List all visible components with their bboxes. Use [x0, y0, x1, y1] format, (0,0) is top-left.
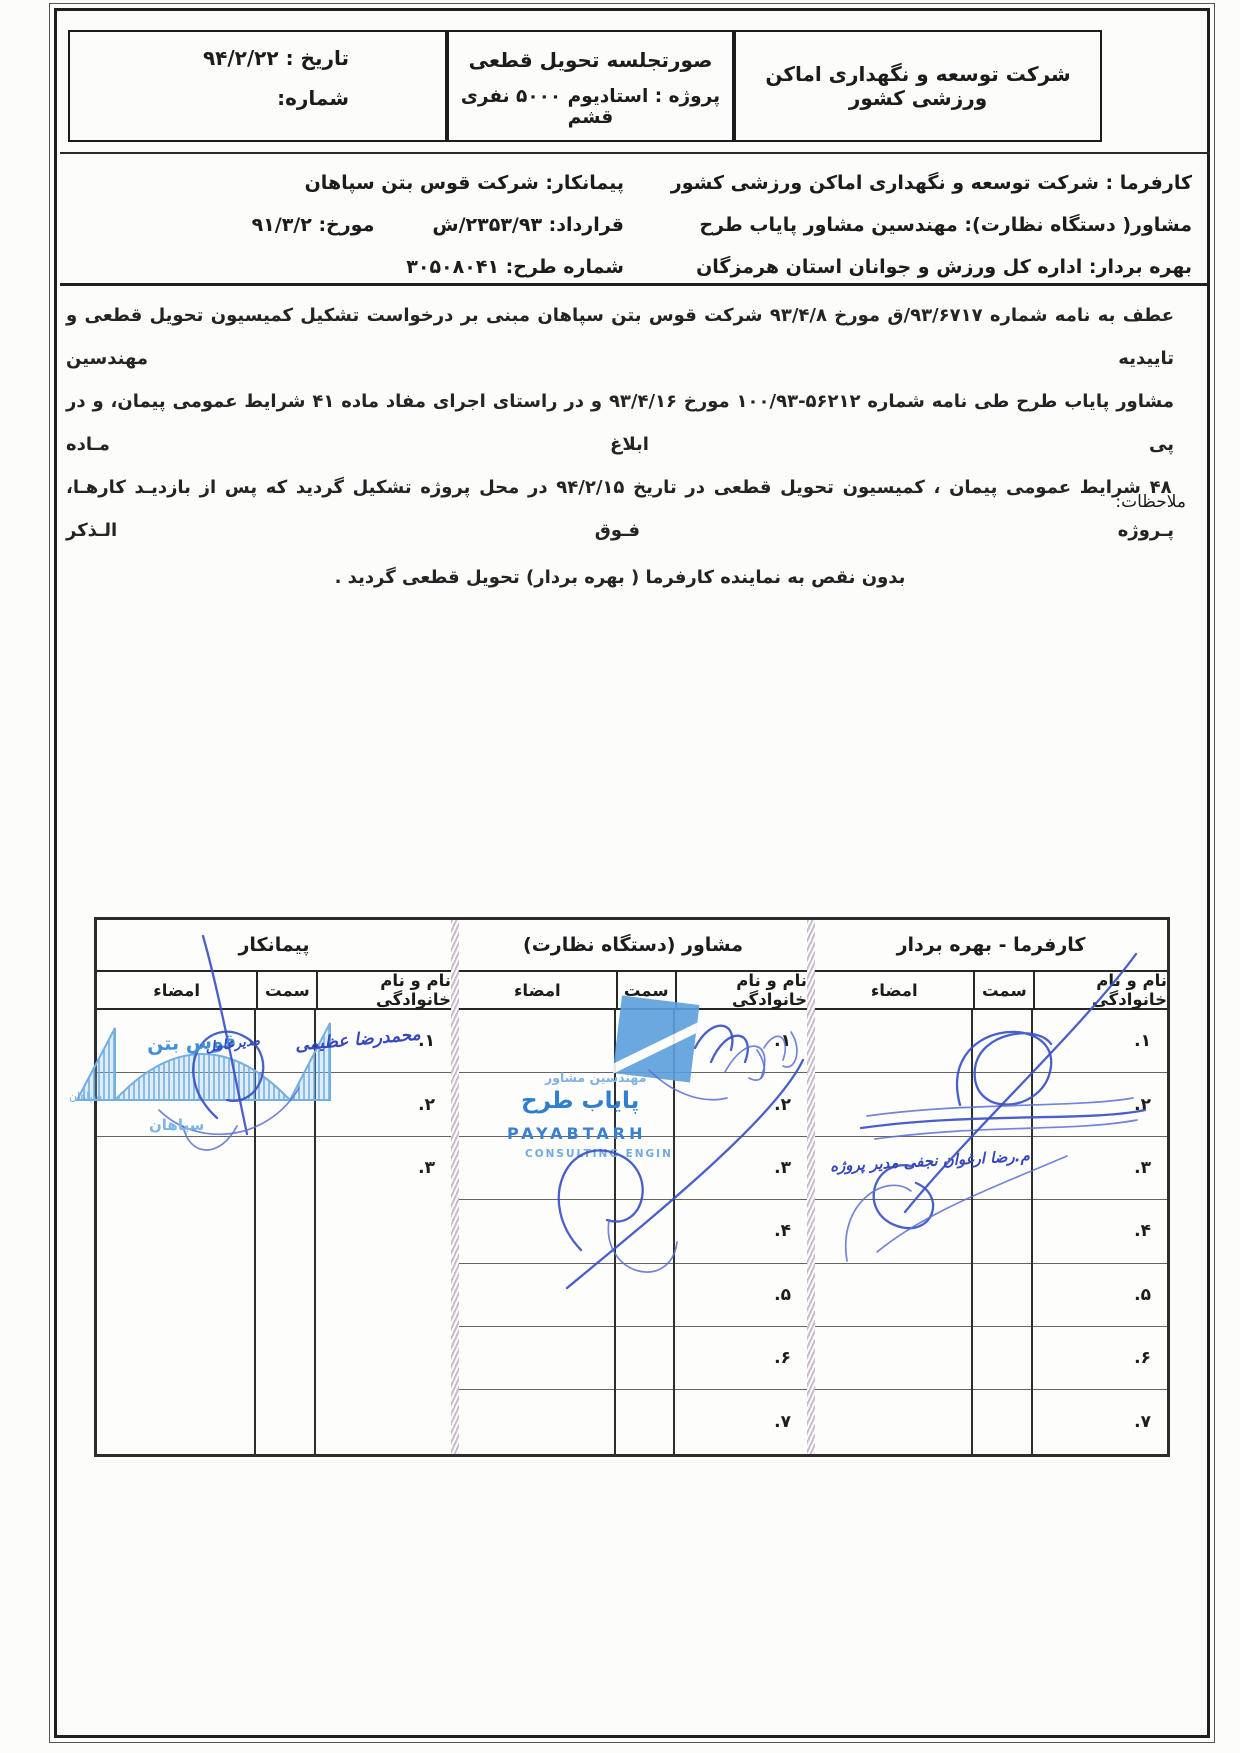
doc-date: تاریخ : ۹۴/۲/۲۲	[80, 46, 349, 70]
row-number: ۴.	[774, 1221, 791, 1241]
table-row: ۵.	[459, 1264, 807, 1327]
col-header-position: سمت	[616, 972, 675, 1008]
col-header-name: نام و نام خانوادگی	[675, 972, 807, 1008]
org-header-box: شرکت توسعه و نگهداری اماکن ورزشی کشور	[734, 30, 1102, 142]
row-number: ۶.	[1134, 1348, 1151, 1368]
table-row: ۳.	[459, 1137, 807, 1200]
contract-number: قرارداد: ۲۳۵۳/۹۳/ش	[432, 204, 624, 246]
section-divider	[451, 920, 459, 1454]
meta-header-box: تاریخ : ۹۴/۲/۲۲ شماره:	[68, 30, 447, 142]
table-row: ۵.	[815, 1264, 1167, 1327]
project-name: پروژه : استادیوم ۵۰۰۰ نفری قشم	[449, 86, 732, 128]
section-client-rows: ۱. ۲. ۳. ۴. ۵. ۶. ۷.	[815, 1010, 1167, 1454]
parties-section: کارفرما : شرکت توسعه و نگهداری اماکن ورز…	[60, 152, 1210, 286]
row-number: ۳.	[1134, 1158, 1151, 1178]
row-number: ۵.	[1134, 1285, 1151, 1305]
contract-date: مورخ: ۹۱/۳/۲	[252, 204, 375, 246]
row-number: ۲.	[774, 1095, 791, 1115]
row-number: ۱.	[1134, 1031, 1151, 1051]
table-row: ۷.	[815, 1390, 1167, 1453]
table-row: ۴.	[459, 1200, 807, 1263]
doc-title: صورتجلسه تحویل قطعی	[449, 48, 732, 72]
remarks-label: ملاحظات:	[60, 492, 1186, 512]
row-number: ۶.	[774, 1348, 791, 1368]
section-contractor-rows: ۱. ۲. ۳.	[97, 1010, 451, 1454]
col-header-name: نام و نام خانوادگی	[1033, 972, 1167, 1008]
col-header-position: سمت	[256, 972, 316, 1008]
table-row: ۴.	[815, 1200, 1167, 1263]
body-line-1: عطف به نامه شماره ۹۳/۶۷۱۷/ق مورخ ۹۳/۴/۸ …	[66, 294, 1174, 380]
section-contractor-column-headers: نام و نام خانوادگی سمت امضاء	[97, 972, 451, 1010]
row-number: ۱.	[774, 1031, 791, 1051]
section-consultant-rows: ۱. ۲. ۳. ۴. ۵. ۶. ۷.	[459, 1010, 807, 1454]
table-row: ۱.	[815, 1010, 1167, 1073]
body-line-2: مشاور پایاب طرح طی نامه شماره ۵۶۲۱۲-۱۰۰/…	[66, 380, 1174, 466]
section-consultant: مشاور (دستگاه نظارت) نام و نام خانوادگی …	[459, 920, 807, 1454]
doc-number-label: شماره:	[80, 86, 349, 110]
table-row: ۲.	[97, 1073, 451, 1136]
signature-table: کارفرما - بهره بردار نام و نام خانوادگی …	[94, 917, 1170, 1457]
row-number: ۷.	[1134, 1412, 1151, 1432]
col-header-name: نام و نام خانوادگی	[316, 972, 451, 1008]
table-row: ۱.	[459, 1010, 807, 1073]
section-client-column-headers: نام و نام خانوادگی سمت امضاء	[815, 972, 1167, 1010]
col-header-signature: امضاء	[815, 972, 973, 1008]
contract-line: قرارداد: ۲۳۵۳/۹۳/ش مورخ: ۹۱/۳/۲	[174, 204, 624, 246]
row-number: ۴.	[1134, 1221, 1151, 1241]
row-number: ۳.	[774, 1158, 791, 1178]
table-row: ۲.	[815, 1073, 1167, 1136]
col-header-signature: امضاء	[459, 972, 616, 1008]
section-consultant-column-headers: نام و نام خانوادگی سمت امضاء	[459, 972, 807, 1010]
table-row: ۳.	[815, 1137, 1167, 1200]
row-number: ۱.	[418, 1031, 435, 1051]
section-consultant-title: مشاور (دستگاه نظارت)	[459, 920, 807, 972]
table-row: ۶.	[459, 1327, 807, 1390]
row-number: ۵.	[774, 1285, 791, 1305]
plan-number: شماره طرح: ۳۰۵۰۸۰۴۱	[174, 246, 624, 288]
party-operator: بهره بردار: اداره کل ورزش و جوانان استان…	[632, 246, 1192, 288]
party-client: کارفرما : شرکت توسعه و نگهداری اماکن ورز…	[632, 162, 1192, 204]
parties-left-column: پیمانکار: شرکت قوس بتن سپاهان قرارداد: ۲…	[174, 162, 624, 288]
body-line-4: بدون نقص به نماینده کارفرما ( بهره بردار…	[66, 556, 1174, 599]
table-row: ۷.	[459, 1390, 807, 1453]
section-divider	[807, 920, 815, 1454]
col-header-signature: امضاء	[97, 972, 256, 1008]
party-consultant: مشاور( دستگاه نظارت): مهندسین مشاور پایا…	[632, 204, 1192, 246]
table-row: ۱.	[97, 1010, 451, 1073]
body-line-3-bold: پـروژه فـوق الـذکر	[66, 520, 1174, 541]
row-number: ۲.	[1134, 1095, 1151, 1115]
section-client-operator: کارفرما - بهره بردار نام و نام خانوادگی …	[815, 920, 1167, 1454]
org-name: شرکت توسعه و نگهداری اماکن ورزشی کشور	[746, 62, 1090, 110]
body-paragraph: عطف به نامه شماره ۹۳/۶۷۱۷/ق مورخ ۹۳/۴/۸ …	[66, 294, 1174, 599]
row-number: ۷.	[774, 1412, 791, 1432]
row-number: ۲.	[418, 1095, 435, 1115]
table-row: ۲.	[459, 1073, 807, 1136]
scanned-document-page: شرکت توسعه و نگهداری اماکن ورزشی کشور صو…	[0, 0, 1240, 1753]
title-header-box: صورتجلسه تحویل قطعی پروژه : استادیوم ۵۰۰…	[447, 30, 734, 142]
section-contractor: پیمانکار نام و نام خانوادگی سمت امضاء ۱.…	[97, 920, 451, 1454]
section-client-title: کارفرما - بهره بردار	[815, 920, 1167, 972]
table-row: ۳.	[97, 1137, 451, 1200]
section-contractor-title: پیمانکار	[97, 920, 451, 972]
row-number: ۳.	[418, 1158, 435, 1178]
table-row: ۶.	[815, 1327, 1167, 1390]
col-header-position: سمت	[973, 972, 1033, 1008]
parties-right-column: کارفرما : شرکت توسعه و نگهداری اماکن ورز…	[632, 162, 1192, 288]
party-contractor: پیمانکار: شرکت قوس بتن سپاهان	[174, 162, 624, 204]
